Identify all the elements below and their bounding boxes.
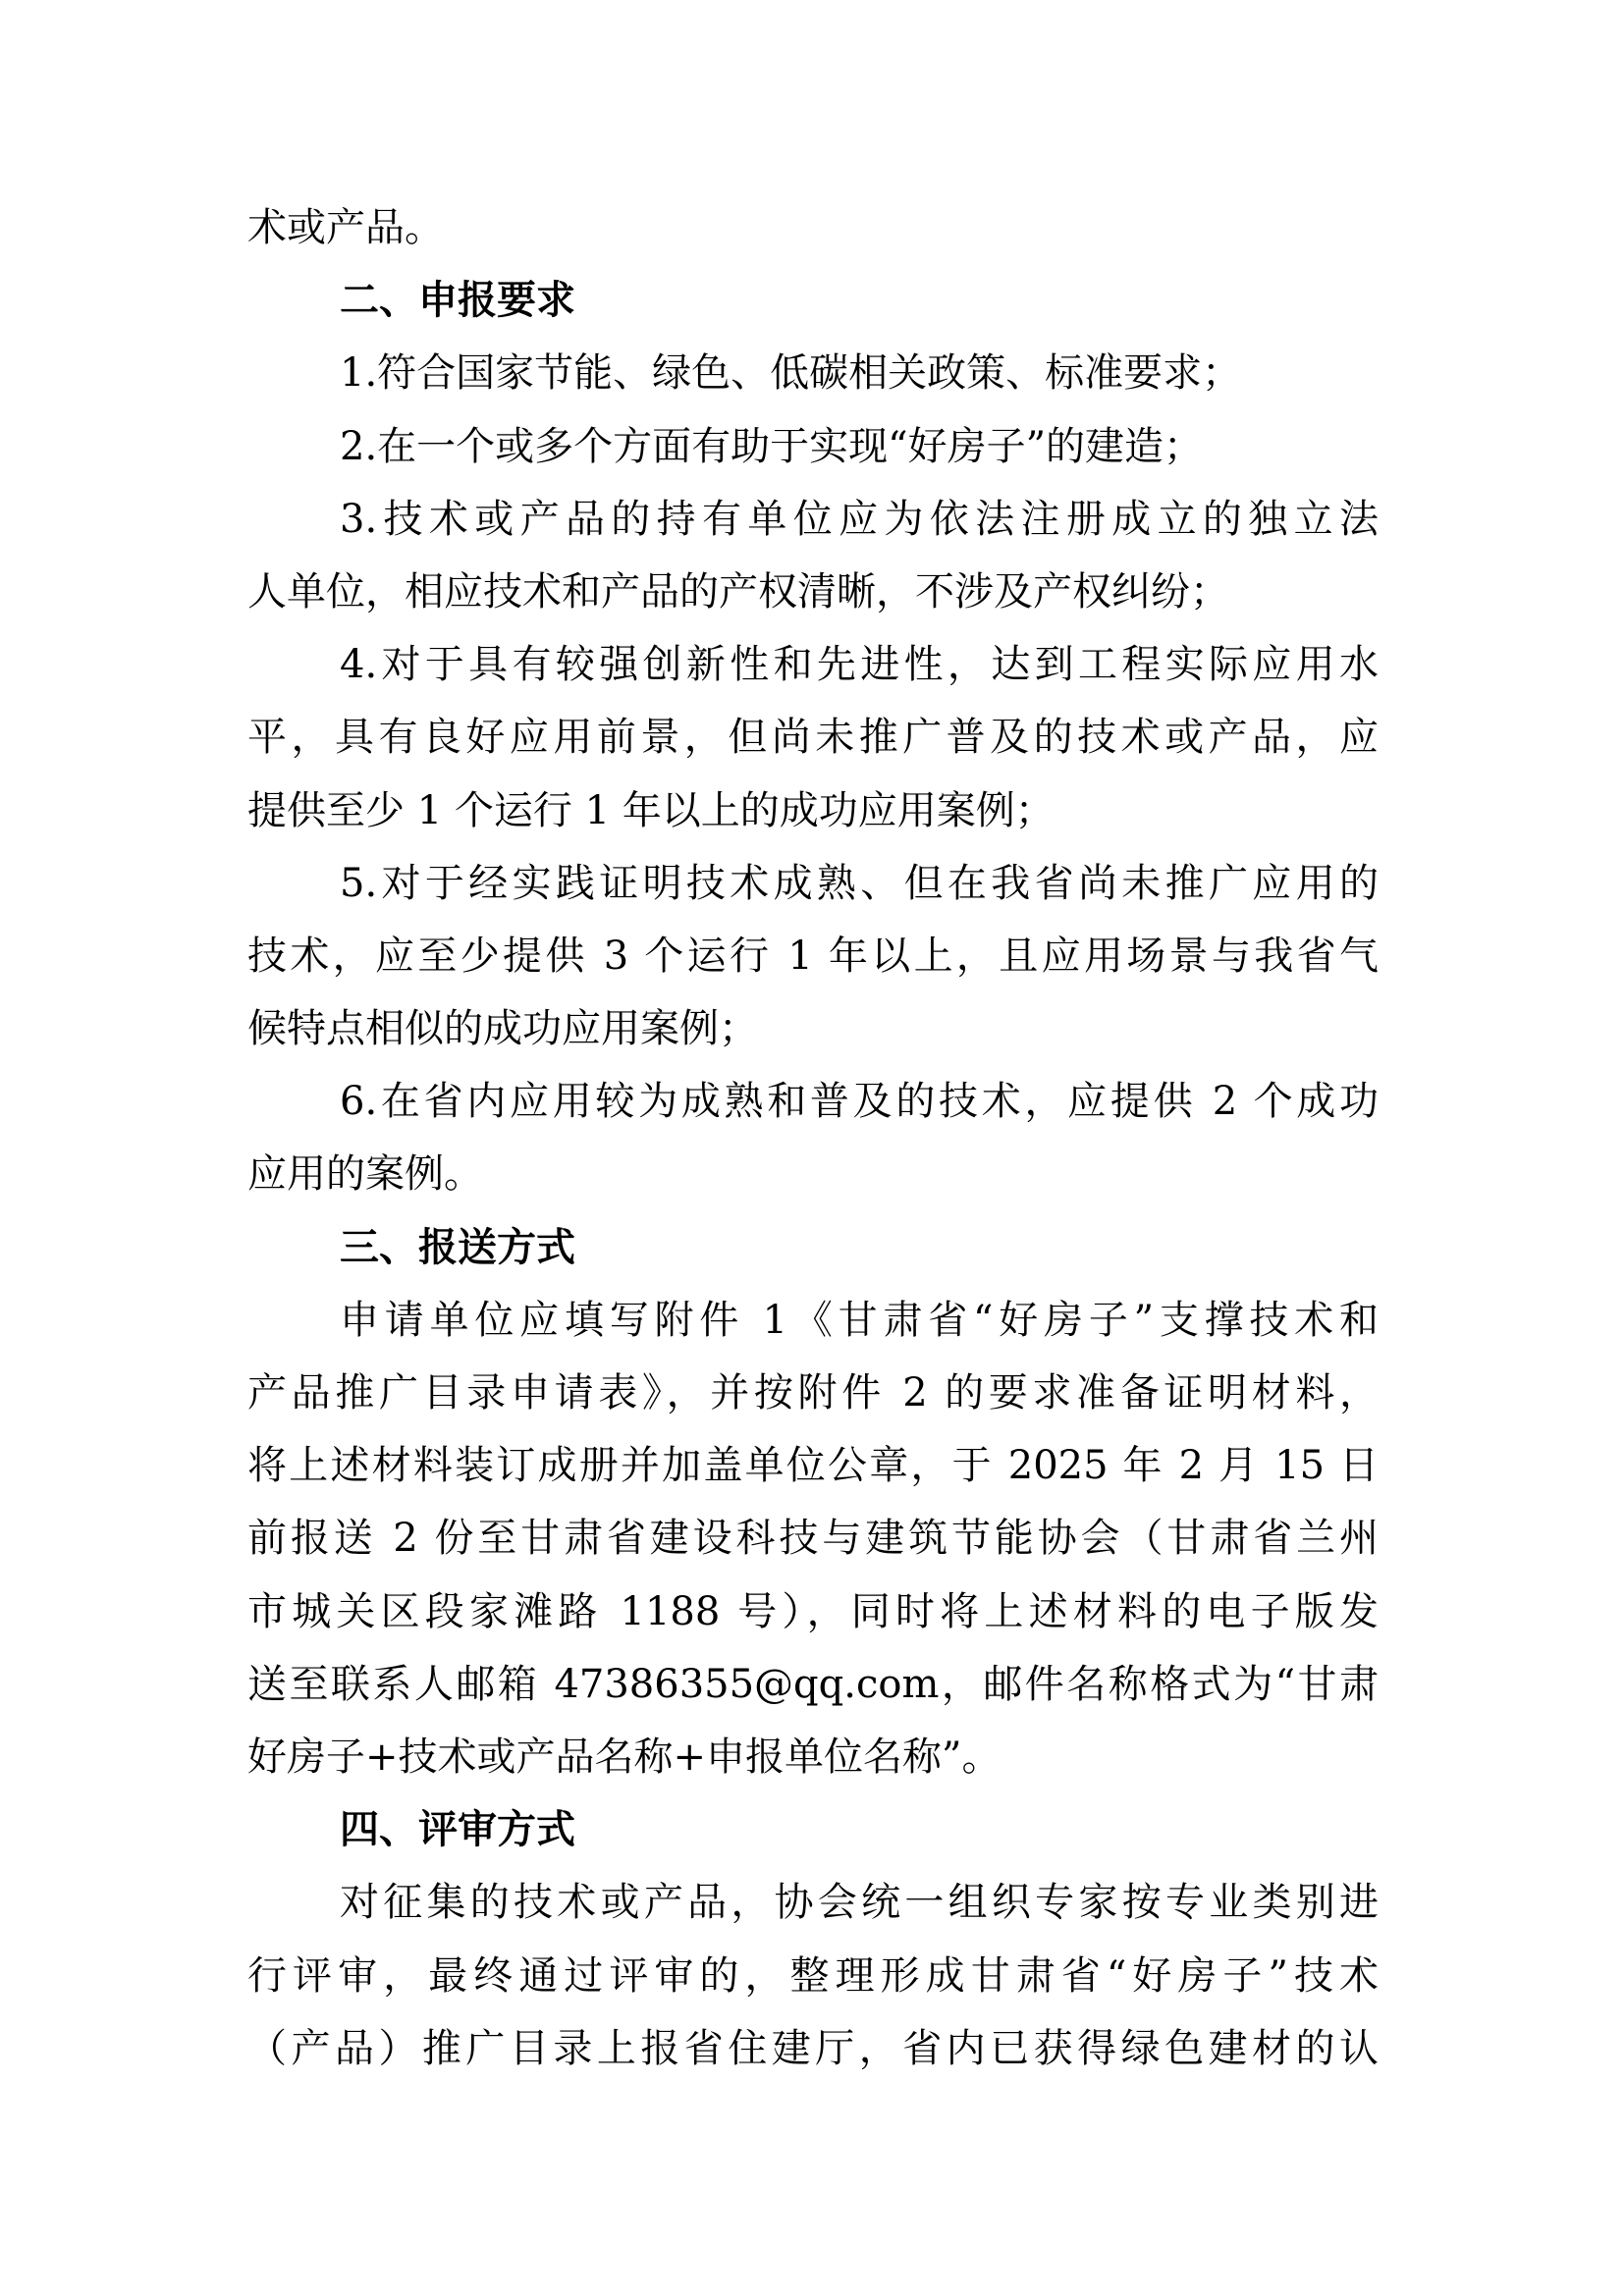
requirement-item-4: 4.对于具有较强创新性和先进性，达到工程实际应用水: [247, 628, 1379, 701]
text-line: 将上述材料装订成册并加盖单位公章，于 2025 年 2 月 15 日: [247, 1429, 1379, 1502]
text-line: 平，具有良好应用前景，但尚未推广普及的技术或产品，应: [247, 701, 1379, 774]
requirement-item-5: 5.对于经实践证明技术成熟、但在我省尚未推广应用的: [247, 847, 1379, 920]
text-line: （产品）推广目录上报省住建厅，省内已获得绿色建材的认: [247, 2012, 1379, 2085]
text-line: 产品推广目录申请表》，并按附件 2 的要求准备证明材料，: [247, 1357, 1379, 1429]
text-line: 术或产品。: [247, 191, 1379, 264]
section-heading-review: 四、评审方式: [247, 1793, 1379, 1866]
text-line: 人单位，相应技术和产品的产权清晰，不涉及产权纠纷；: [247, 556, 1379, 628]
submission-paragraph: 申请单位应填写附件 1《甘肃省“好房子”支撑技术和: [247, 1284, 1379, 1357]
text-line-email: 送至联系人邮箱 47386355@qq.com，邮件名称格式为“甘肃: [247, 1648, 1379, 1721]
text-line: 技术，应至少提供 3 个运行 1 年以上，且应用场景与我省气: [247, 920, 1379, 992]
review-paragraph: 对征集的技术或产品，协会统一组织专家按专业类别进: [247, 1866, 1379, 1939]
requirement-item-1: 1.符合国家节能、绿色、低碳相关政策、标准要求；: [247, 337, 1379, 409]
text-line: 市城关区段家滩路 1188 号），同时将上述材料的电子版发: [247, 1575, 1379, 1648]
text-line: 行评审，最终通过评审的，整理形成甘肃省“好房子”技术: [247, 1940, 1379, 2012]
text-line: 应用的案例。: [247, 1138, 1379, 1210]
section-heading-submission: 三、报送方式: [247, 1211, 1379, 1284]
text-line: 前报送 2 份至甘肃省建设科技与建筑节能协会（甘肃省兰州: [247, 1502, 1379, 1575]
document-page: 术或产品。 二、申报要求 1.符合国家节能、绿色、低碳相关政策、标准要求； 2.…: [247, 191, 1379, 2085]
section-heading-requirements: 二、申报要求: [247, 264, 1379, 337]
text-line: 提供至少 1 个运行 1 年以上的成功应用案例；: [247, 774, 1379, 847]
text-line: 候特点相似的成功应用案例；: [247, 992, 1379, 1065]
requirement-item-2: 2.在一个或多个方面有助于实现“好房子”的建造；: [247, 410, 1379, 483]
requirement-item-6: 6.在省内应用较为成熟和普及的技术，应提供 2 个成功: [247, 1065, 1379, 1138]
text-line: 好房子+技术或产品名称+申报单位名称”。: [247, 1721, 1379, 1793]
requirement-item-3: 3.技术或产品的持有单位应为依法注册成立的独立法: [247, 483, 1379, 556]
